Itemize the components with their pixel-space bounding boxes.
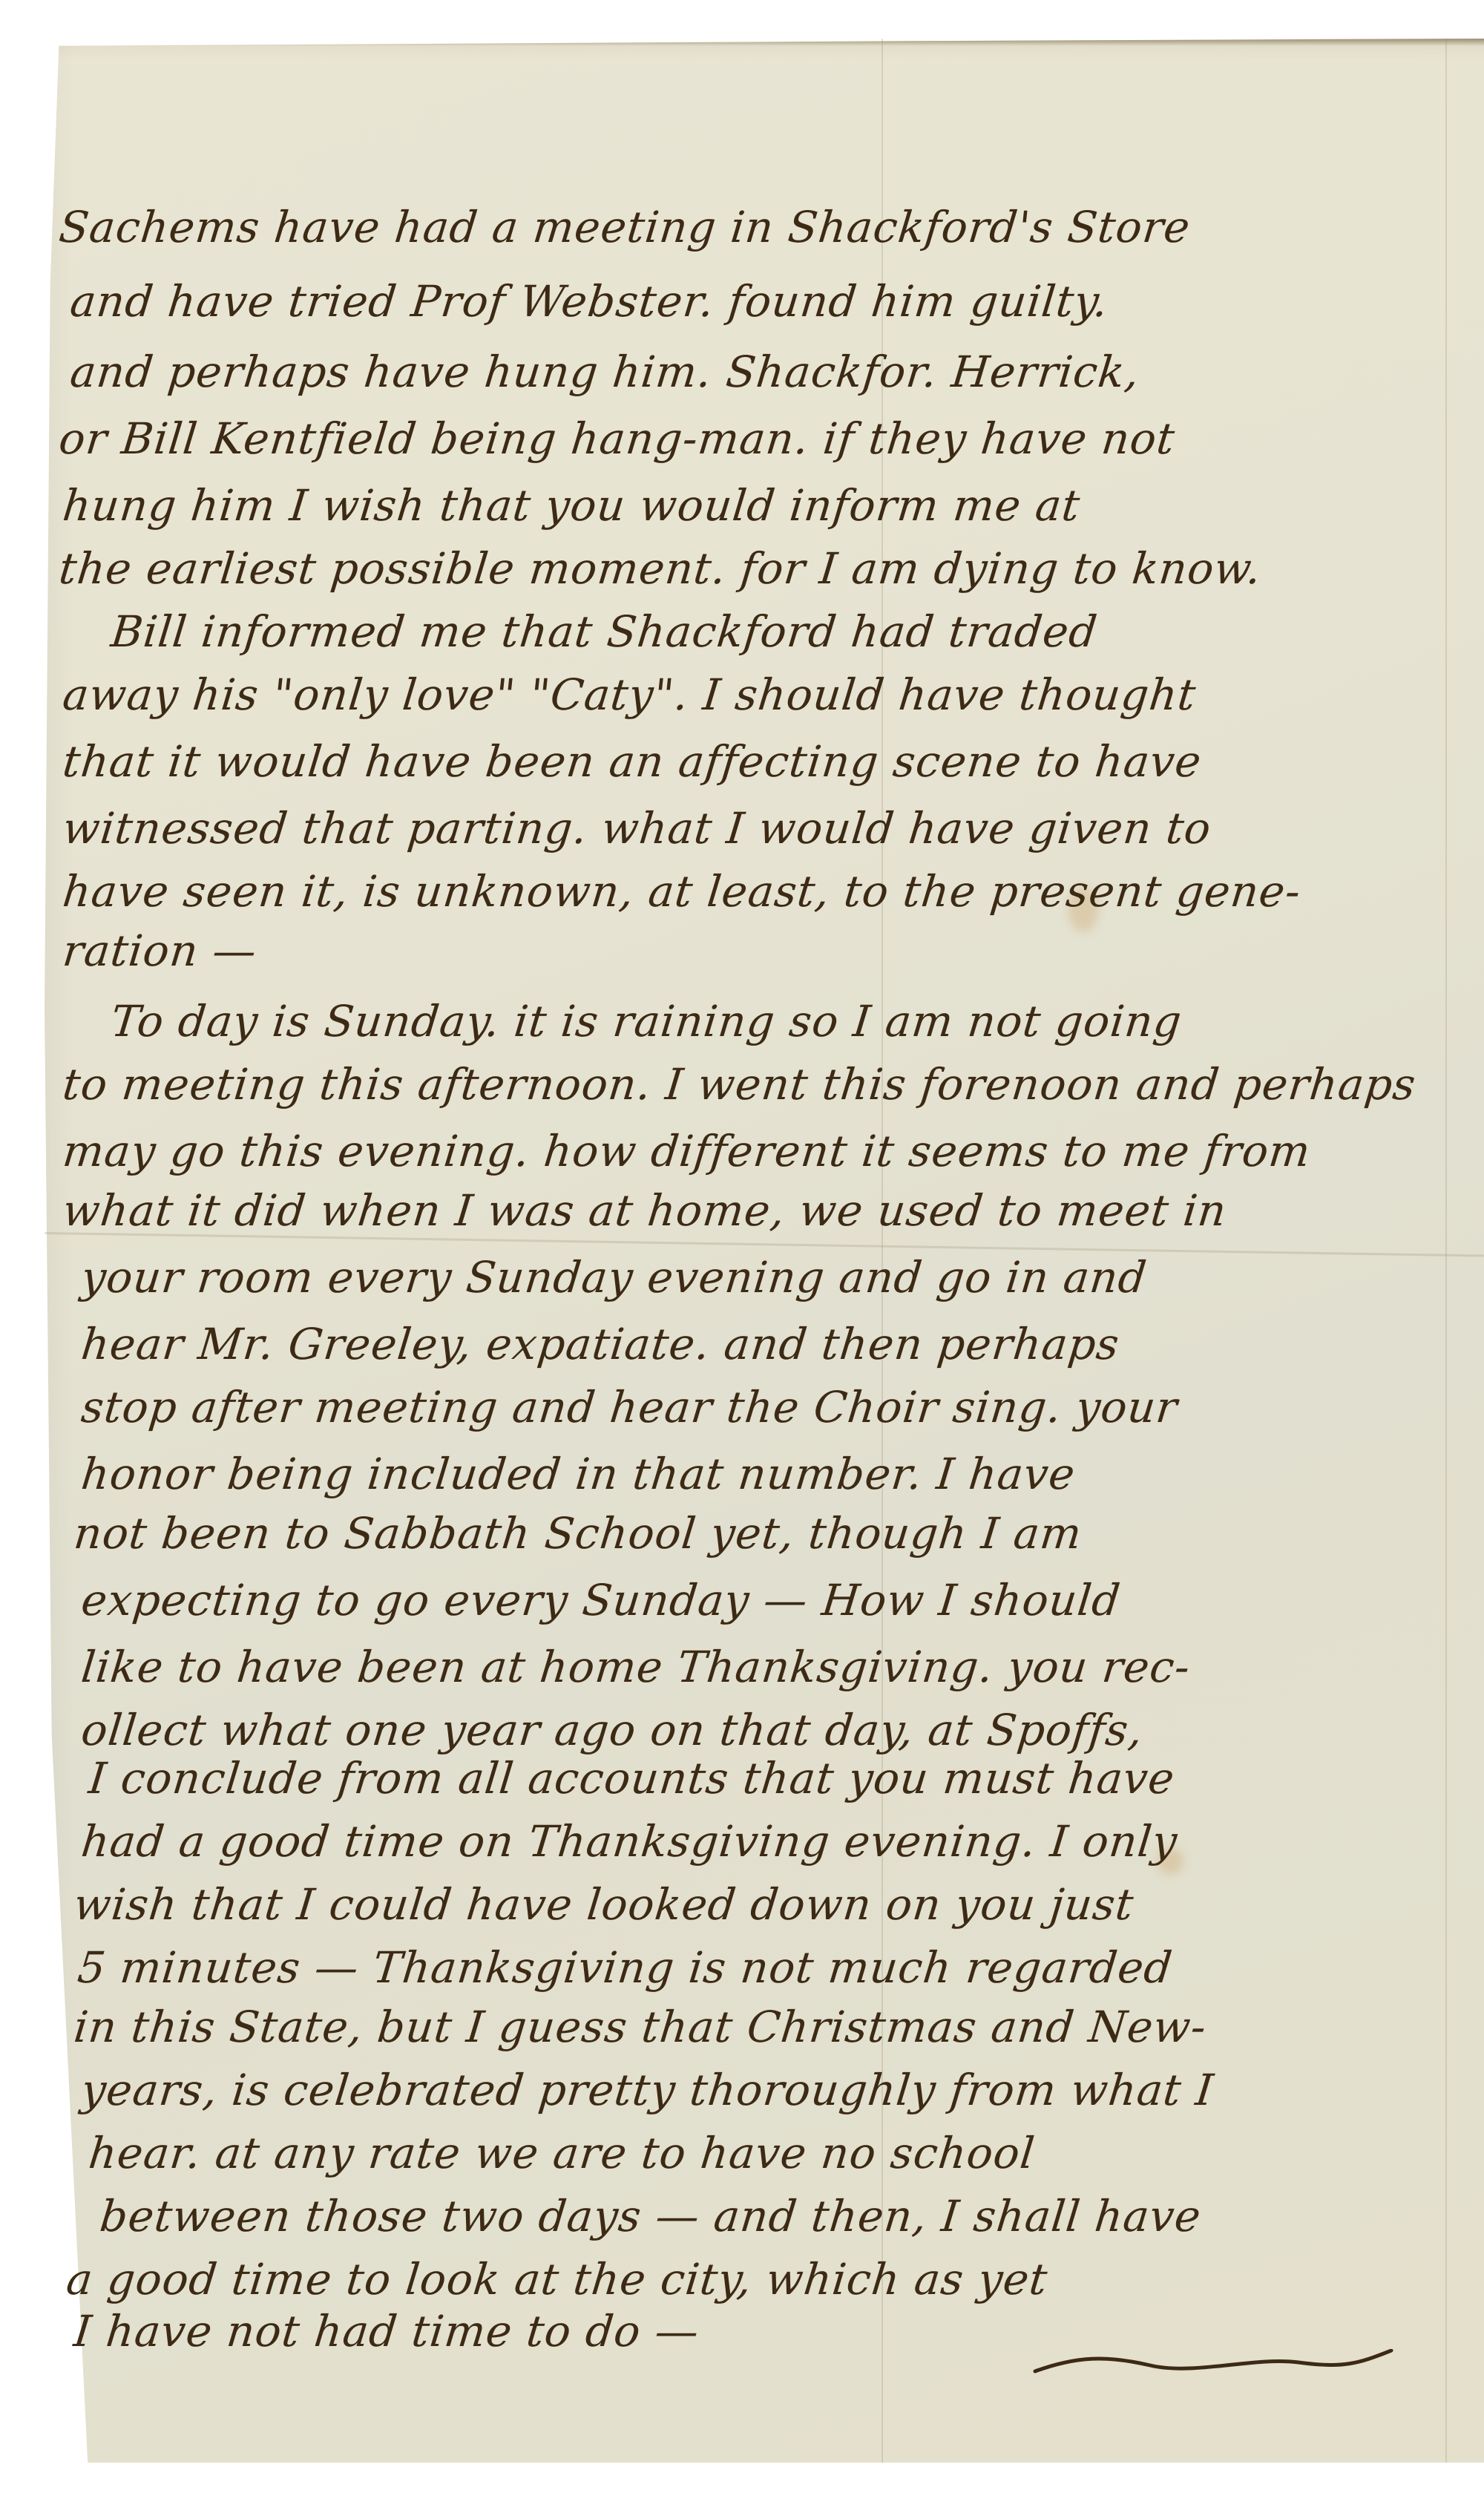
letter-line: I have not had time to do — xyxy=(71,2306,701,2356)
letter-line: ration — xyxy=(60,926,259,976)
letter-line: that it would have been an affecting sce… xyxy=(60,736,1204,787)
letter-line: hung him I wish that you would inform me… xyxy=(60,480,1083,531)
letter-line: honor being included in that number. I h… xyxy=(79,1449,1077,1499)
letter-line: stop after meeting and hear the Choir si… xyxy=(79,1382,1180,1432)
letter-line: ollect what one year ago on that day, at… xyxy=(79,1705,1146,1755)
letter-line: witnessed that parting. what I would hav… xyxy=(60,803,1213,854)
letter-line: like to have been at home Thanksgiving. … xyxy=(79,1642,1192,1692)
letter-line: and have tried Prof Webster. found him g… xyxy=(68,276,1111,327)
letter-body: Sachems have had a meeting in Shackford'… xyxy=(0,0,1484,2493)
letter-line: I conclude from all accounts that you mu… xyxy=(86,1753,1177,1804)
letter-line: Sachems have had a meeting in Shackford'… xyxy=(56,202,1192,252)
letter-line: had a good time on Thanksgiving evening.… xyxy=(79,1816,1180,1867)
letter-line: not been to Sabbath School yet, though I… xyxy=(71,1508,1084,1559)
letter-line: and perhaps have hung him. Shackfor. Her… xyxy=(68,347,1142,397)
letter-line: your room every Sunday evening and go in… xyxy=(79,1252,1149,1303)
letter-line: have seen it, is unknown, at least, to t… xyxy=(60,866,1303,917)
letter-line: the earliest possible moment. for I am d… xyxy=(56,543,1264,594)
letter-line: may go this evening. how different it se… xyxy=(60,1126,1313,1176)
closing-flourish-icon xyxy=(1031,2349,1395,2379)
letter-line: away his "only love" "Caty". I should ha… xyxy=(60,669,1198,720)
letter-line: or Bill Kentfield being hang-man. if the… xyxy=(56,413,1178,464)
letter-line: hear Mr. Greeley, expatiate. and then pe… xyxy=(79,1319,1122,1369)
letter-line: what it did when I was at home, we used … xyxy=(60,1185,1229,1236)
letter-line: years, is celebrated pretty thoroughly f… xyxy=(79,2065,1216,2115)
letter-line: a good time to look at the city, which a… xyxy=(64,2254,1050,2304)
letter-line: 5 minutes — Thanksgiving is not much reg… xyxy=(75,1942,1175,1993)
letter-line: to meeting this afternoon. I went this f… xyxy=(60,1059,1418,1110)
letter-line: in this State, but I guess that Christma… xyxy=(71,2002,1209,2052)
letter-line: wish that I could have looked down on yo… xyxy=(71,1879,1136,1930)
letter-line: hear. at any rate we are to have no scho… xyxy=(86,2128,1037,2178)
letter-line: expecting to go every Sunday — How I sho… xyxy=(79,1575,1123,1625)
letter-line: To day is Sunday. it is raining so I am … xyxy=(108,996,1184,1046)
letter-line: Bill informed me that Shackford had trad… xyxy=(108,606,1100,657)
letter-line: between those two days — and then, I sha… xyxy=(97,2191,1204,2241)
